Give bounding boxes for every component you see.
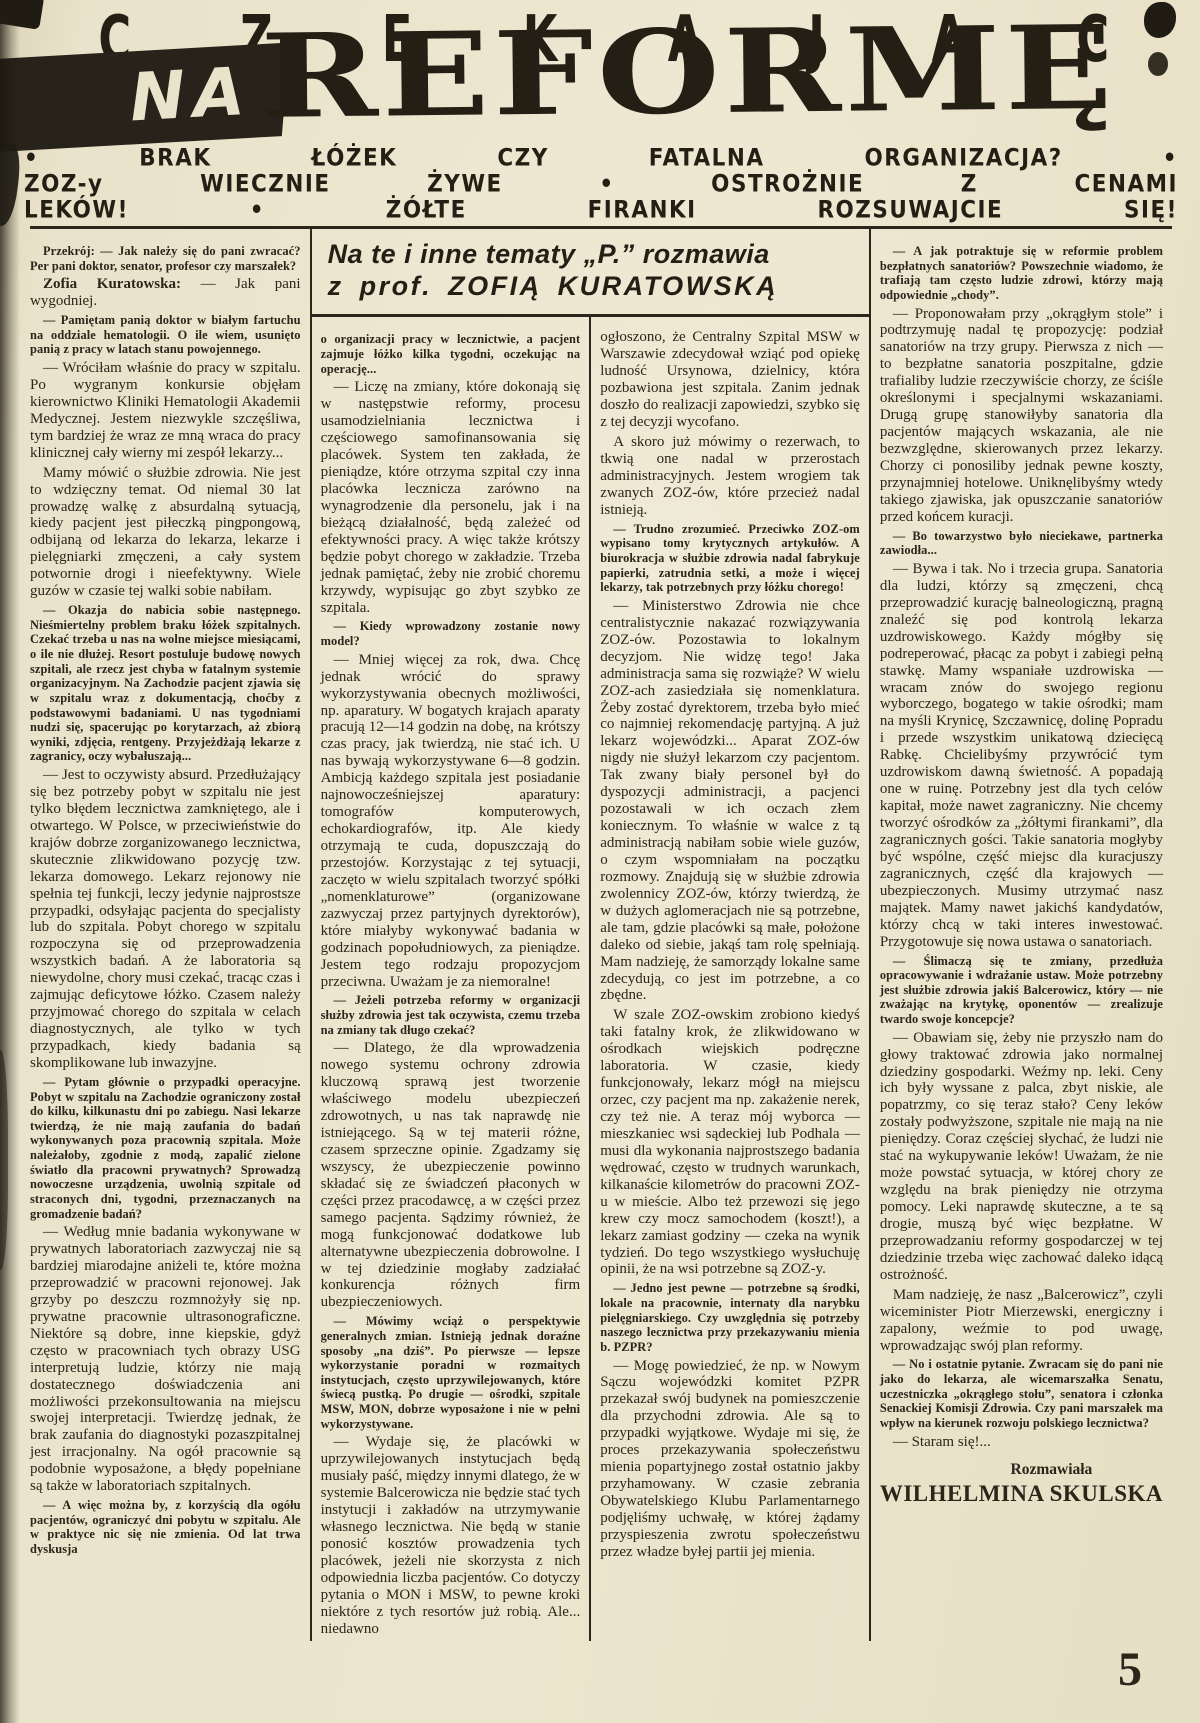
- interview-answer: W szale ZOZ-owskim zrobiono kiedyś taki …: [600, 1007, 860, 1278]
- interview-answer: — Bywa i tak. No i trzecia grupa. Sanato…: [880, 561, 1163, 951]
- interview-question: — Pamiętam panią doktor w białym fartuch…: [30, 313, 301, 357]
- article-column-4-text: — A jak potraktuje się w reformie proble…: [880, 244, 1163, 1451]
- scan-artifact: [1148, 52, 1168, 76]
- slogan-line: • BRAK ŁÓŻEK CZY FATALNA ORGANIZACJA? •: [24, 144, 1178, 173]
- interview-question: — Okazja do nabicia sobie następnego. Ni…: [30, 603, 301, 764]
- interview-question: o organizacji pracy w lecznictwie, a pac…: [321, 332, 581, 376]
- interview-question: — No i ostatnie pytanie. Zwracam się do …: [880, 1357, 1163, 1430]
- slogan-line: ZOZ-y WIECZNIE ŻYWE • OSTROŻNIE Z CENAMI: [24, 170, 1178, 199]
- slogan-lines: • BRAK ŁÓŻEK CZY FATALNA ORGANIZACJA? •Z…: [24, 146, 1178, 224]
- interview-question: — A jak potraktuje się w reformie proble…: [880, 244, 1163, 303]
- interview-question: — Mówimy wciąż o perspektywie generalnyc…: [321, 1314, 581, 1431]
- interview-answer: — Mogę powiedzieć, że np. w Nowym Sączu …: [600, 1358, 860, 1561]
- article-column-4: — A jak potraktuje się w reformie proble…: [869, 229, 1172, 1641]
- interview-question: — Pytam głównie o przypadki operacyjne. …: [30, 1075, 301, 1221]
- interview-answer: — Wydaje się, że placówki w uprzywilejow…: [321, 1434, 581, 1637]
- interview-question: — Jeżeli potrzeba reformy w organizacji …: [321, 993, 581, 1037]
- byline-name: WILHELMINA SKULSKA: [880, 1481, 1163, 1507]
- na-banner: NA: [0, 42, 290, 154]
- na-banner-word: NA: [128, 53, 254, 137]
- interview-question: — Ślimaczą się te zmiany, przedłuża opra…: [880, 954, 1163, 1027]
- interview-question: Przekrój: — Jak należy się do pani zwrac…: [30, 244, 301, 273]
- interview-question: — Kiedy wprowadzony zostanie nowy model?: [321, 619, 581, 648]
- masthead: CZEKAJĄC NA REFORMĘ • BRAK ŁÓŻEK CZY FAT…: [0, 0, 1200, 226]
- interview-answer: — Wróciłam właśnie do pracy w szpitalu. …: [30, 360, 301, 462]
- scan-gutter-shadow: [0, 0, 20, 1723]
- interview-answer: — Liczę na zmiany, które dokonają się w …: [321, 379, 581, 616]
- interview-answer: — Ministerstwo Zdrowia nie chce centrali…: [600, 598, 860, 1005]
- interview-answer: Zofia Kuratowska: — Jak pani wygodniej.: [30, 276, 301, 310]
- interview-answer: Mam nadzieję, że nasz „Balcerowicz”, czy…: [880, 1287, 1163, 1355]
- byline-role: Rozmawiała: [880, 1461, 1163, 1479]
- interview-question: — Jedno jest pewne — potrzebne są środki…: [600, 1281, 860, 1354]
- interview-question: — Bo towarzystwo było nieciekawe, partne…: [880, 529, 1163, 558]
- interview-answer: — Staram się!...: [880, 1434, 1163, 1451]
- interview-answer: — Dlatego, że dla wprowadzenia nowego sy…: [321, 1040, 581, 1311]
- article-column-2: o organizacji pracy w lecznictwie, a pac…: [310, 317, 590, 1640]
- slogan-line: LEKÓW! • ŻÓŁTE FIRANKI ROZSUWAJCIE SIĘ!: [24, 196, 1178, 225]
- page-number: 5: [1118, 1642, 1142, 1697]
- interview-answer: — Jest to oczywisty absurd. Przedłużając…: [30, 767, 301, 1072]
- interview-answer: Mamy mówić o służbie zdrowia. Nie jest t…: [30, 465, 301, 601]
- interview-question: — A więc można by, z korzyścią dla ogółu…: [30, 1498, 301, 1557]
- interview-answer: ogłoszono, że Centralny Szpital MSW w Wa…: [600, 329, 860, 431]
- interview-question: — Trudno zrozumieć. Przeciwko ZOZ-om wyp…: [600, 522, 860, 595]
- newspaper-page: CZEKAJĄC NA REFORMĘ • BRAK ŁÓŻEK CZY FAT…: [0, 0, 1200, 1723]
- byline: Rozmawiała WILHELMINA SKULSKA: [880, 1461, 1163, 1507]
- interview-answer: — Obawiam się, żeby nie przyszło nam do …: [880, 1030, 1163, 1284]
- interview-headline-line2: z prof. ZOFIĄ KURATOWSKĄ: [328, 270, 859, 302]
- interview-answer: A skoro już mówimy o rezerwach, to tkwią…: [600, 434, 860, 519]
- article-column-3: ogłoszono, że Centralny Szpital MSW w Wa…: [589, 317, 869, 1640]
- interview-headline: Na te i inne tematy „P.” rozmawia z prof…: [310, 229, 869, 317]
- interview-headline-line1: Na te i inne tematy „P.” rozmawia: [328, 239, 859, 270]
- article-body: Przekrój: — Jak należy się do pani zwrac…: [30, 226, 1172, 1641]
- interview-answer: — Proponowałam przy „okrągłym stole” i p…: [880, 306, 1163, 526]
- main-title: REFORMĘ: [260, 11, 1117, 135]
- interview-answer: — Według mnie badania wykonywane w prywa…: [30, 1224, 301, 1495]
- interview-answer: — Mniej więcej za rok, dwa. Chcę jednak …: [321, 652, 581, 991]
- article-column-1: Przekrój: — Jak należy się do pani zwrac…: [30, 229, 310, 1641]
